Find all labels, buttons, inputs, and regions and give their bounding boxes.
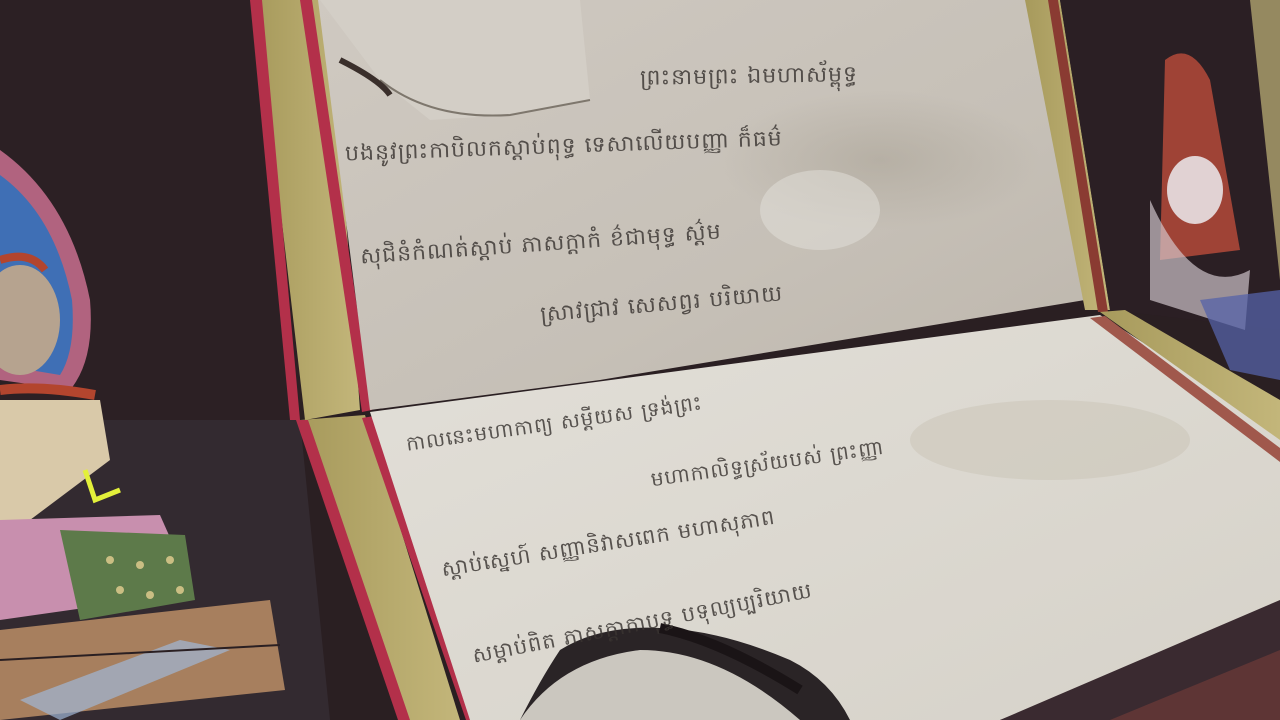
manuscript-photo: ព្រះនាមព្រះ ឯមហាស័ម្ពុទ្ធ បងនូវព្រះកាបិល… [0,0,1280,720]
manuscript-text-line: ព្រះនាមព្រះ ឯមហាស័ម្ពុទ្ធ [640,60,859,96]
